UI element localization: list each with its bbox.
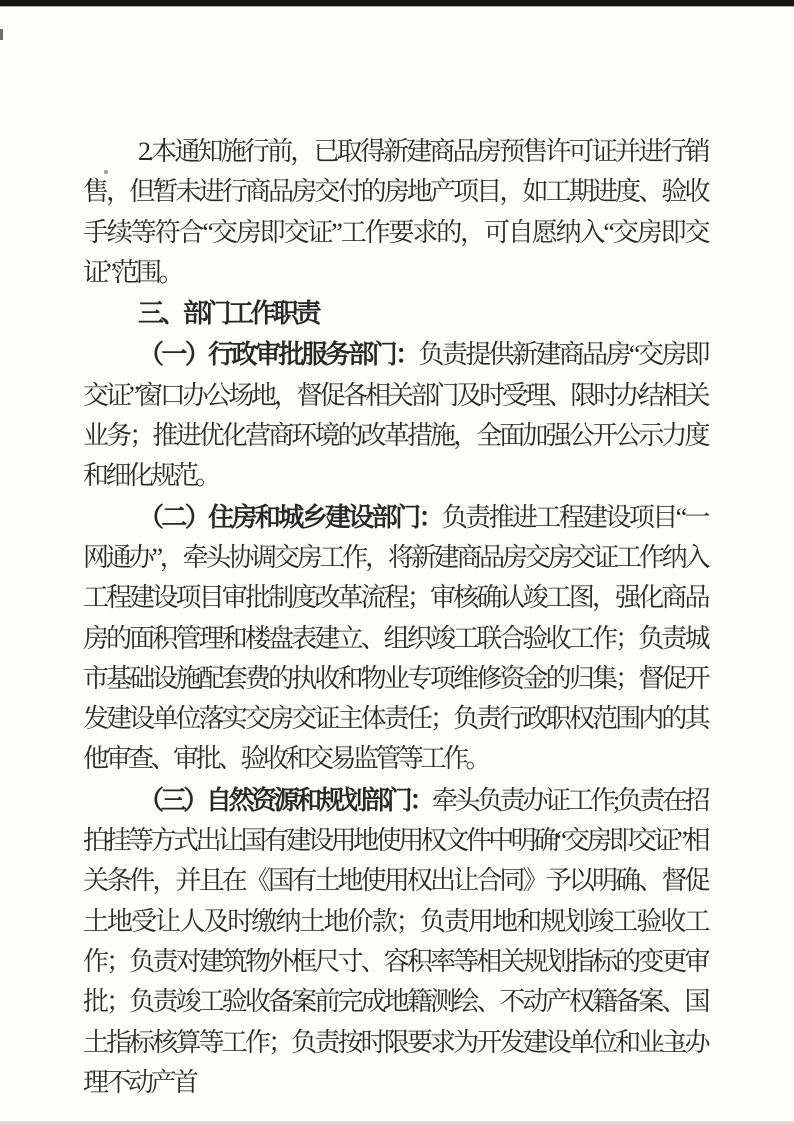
paragraph-notice-scope: 2.本通知施行前，已取得新建商品房预售许可证并进行销售，但暂未进行商品房交付的房… [83, 132, 707, 293]
dept-name-housing-construction: （二）住房和城乡建设部门： [138, 502, 442, 532]
dept-duties-natural-resources: 牵头负责办证工作;负责在招拍挂等方式出让国有建设用地使用权文件中明确“交房即交证… [83, 786, 707, 1097]
document-body: 2.本通知施行前，已取得新建商品房预售许可证并进行销售，但暂未进行商品房交付的房… [83, 0, 707, 1103]
dept-name-natural-resources: （三）自然资源和规划部门： [138, 785, 432, 815]
dept-name-admin-approval: （一）行政审批服务部门： [138, 339, 418, 369]
paragraph-natural-resources-dept: （三）自然资源和规划部门：牵头负责办证工作;负责在招拍挂等方式出让国有建设用地使… [83, 780, 707, 1103]
paragraph-admin-approval-dept: （一）行政审批服务部门：负责提供新建商品房“交房即交证”窗口办公场地，督促各相关… [83, 334, 707, 496]
dept-duties-housing-construction: 负责推进工程建设项目“一网通办”，牵头协调交房工作，将新建商品房交房交证工作纳入… [83, 503, 707, 774]
section-heading-duties: 三、部门工作职责 [83, 293, 707, 334]
section-heading-text: 三、部门工作职责 [138, 298, 318, 328]
page-number: - 3 - [657, 1030, 702, 1055]
paragraph-text: 2.本通知施行前，已取得新建商品房预售许可证并进行销售，但暂未进行商品房交付的房… [83, 137, 707, 287]
scanned-document-page: 2.本通知施行前，已取得新建商品房预售许可证并进行销售，但暂未进行商品房交付的房… [0, 0, 794, 1124]
scan-edge-artifact-left [0, 29, 3, 40]
paragraph-housing-construction-dept: （二）住房和城乡建设部门：负责推进工程建设项目“一网通办”，牵头协调交房工作，将… [83, 497, 707, 780]
